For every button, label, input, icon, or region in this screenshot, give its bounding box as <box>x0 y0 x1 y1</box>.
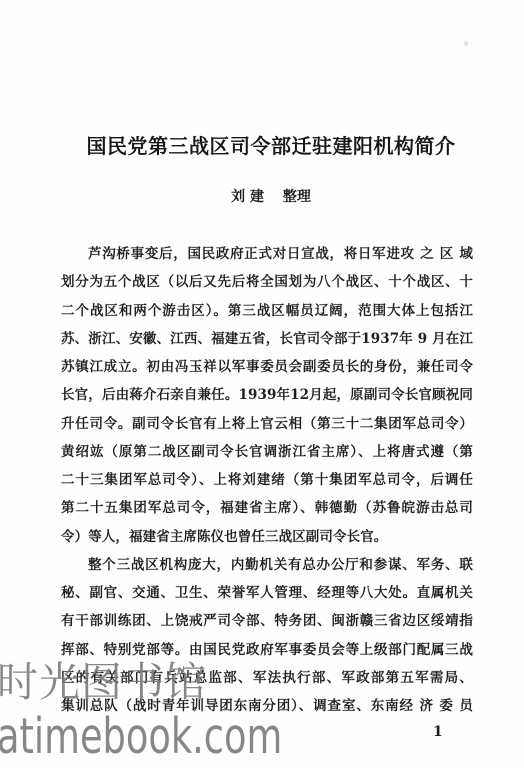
text-line: 升任司令。副司令长官有上将上官云相（第三十二集团军总司令） <box>61 410 473 438</box>
text-line: 集训总队（战时青年训导团东南分团）、调查室、东南经 济 委 员 <box>61 692 473 720</box>
text-line: 整个三战区机构庞大，内勤机关有总办公厅和参谋、军务、联 <box>61 551 473 579</box>
text-line: 二个战区和两个游击区）。第三战区幅员辽阔，范围大体上包括江 <box>61 297 473 325</box>
text-line: 二十三集团军总司令）、上将刘建绪（第十集团军总司令，后调任 <box>61 466 473 494</box>
text-line: 第二十五集团军总司令，福建省主席）、韩德勤（苏鲁皖游击总司 <box>61 494 473 522</box>
byline: 刘 建 整理 <box>18 186 524 206</box>
text-line: 区的有关部门有兵站总监部、军法执行部、军政部第五军需局、 <box>61 664 473 692</box>
scanned-book-page: 国民党第三战区司令部迁驻建阳机构简介 刘 建 整理 芦沟桥事变后，国民政府正式对… <box>0 0 524 768</box>
text-line: 苏、浙江、安徽、江西、福建五省，长官司令部于1937年 9 月在江 <box>61 325 473 353</box>
page-number: 1 <box>433 724 443 740</box>
text-line: 苏镇江成立。初由冯玉祥以军事委员会副委员长的身份，兼任司令 <box>61 353 473 381</box>
body-text: 芦沟桥事变后，国民政府正式对日宣战，将日军进攻 之 区 域 划分为五个战区（以后… <box>61 240 473 720</box>
text-line: 有干部训练团、上饶戒严司令部、特务团、闽浙赣三省边区绥靖指 <box>61 607 473 635</box>
page-title: 国民党第三战区司令部迁驻建阳机构简介 <box>18 130 524 159</box>
text-line: 挥部、特别党部等。由国民党政府军事委员会等上级部门配属三战 <box>61 636 473 664</box>
scan-artifact-speck <box>464 41 468 46</box>
text-line: 芦沟桥事变后，国民政府正式对日宣战，将日军进攻 之 区 域 <box>61 240 473 268</box>
text-line: 令）等人，福建省主席陈仪也曾任三战区副司令长官。 <box>61 523 473 551</box>
text-line: 长官，后由蒋介石亲自兼任。1939年12月起，原副司令长官顾祝同 <box>61 381 473 409</box>
text-line: 秘、副官、交通、卫生、荣誉军人管理、经理等八大处。直属机关 <box>61 579 473 607</box>
text-line: 划分为五个战区（以后又先后将全国划为八个战区、十个战区、十 <box>61 268 473 296</box>
text-line: 黄绍竑（原第二战区副司令长官调浙江省主席）、上将唐式遵（第 <box>61 438 473 466</box>
